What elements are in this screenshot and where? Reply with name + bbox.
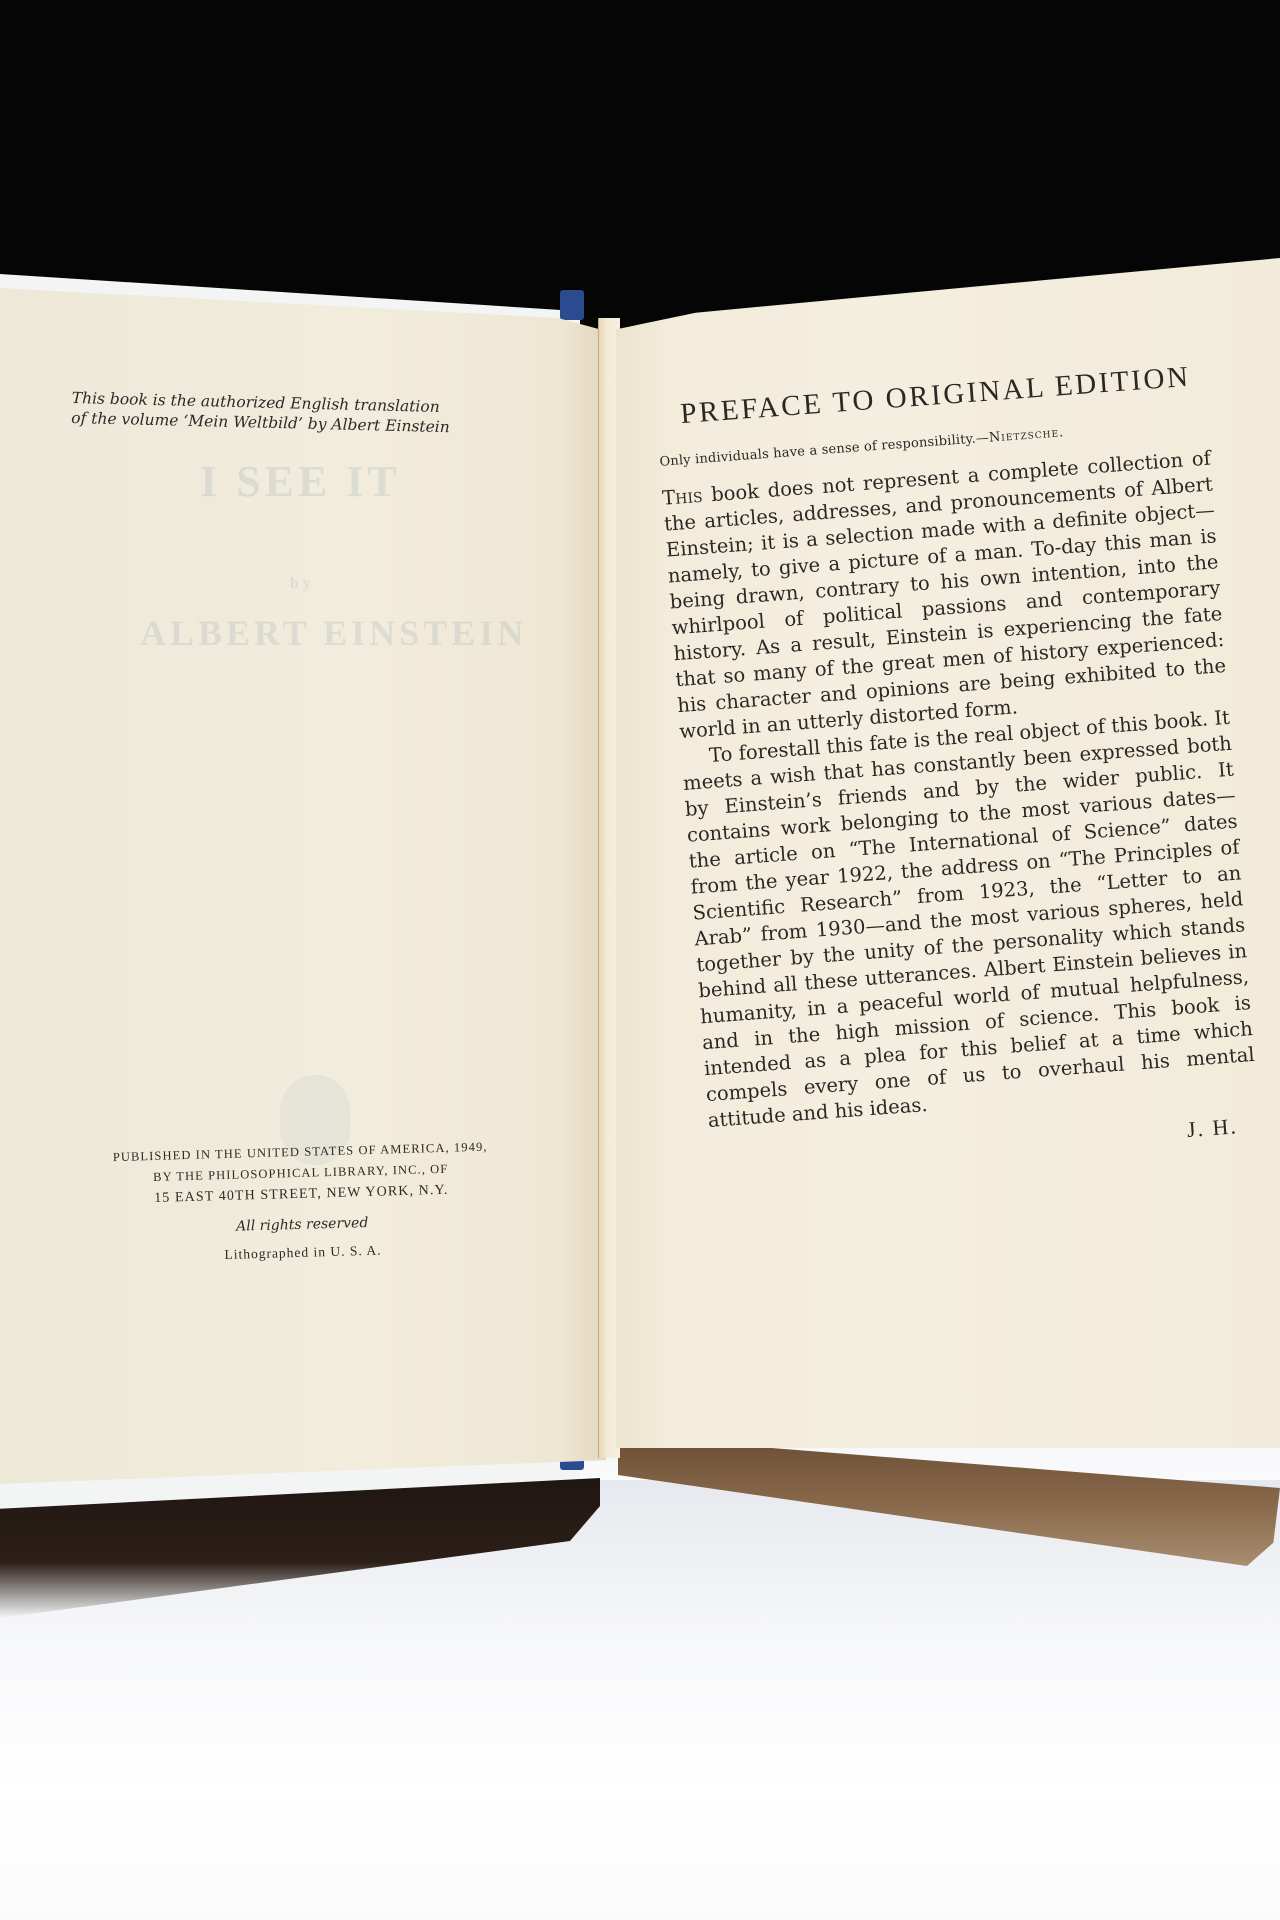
publisher-imprint: Published in the United States of Americ… (80, 1136, 523, 1267)
bleed-through-author: ALBERT EINSTEIN (140, 612, 527, 654)
bleed-through-by: by (290, 575, 315, 593)
preface-section: PREFACE TO ORIGINAL EDITION Only individ… (655, 360, 1261, 1178)
photo-scene: I SEE IT by ALBERT EINSTEIN This book is… (0, 0, 1280, 1920)
spine-cloth-top (560, 290, 584, 320)
paragraph: To forestall this fate is the real objec… (680, 705, 1257, 1134)
paragraph: This book does not represent a complete … (661, 445, 1229, 745)
paragraph-text: To forestall this fate is the real objec… (682, 706, 1255, 1132)
epigraph-author: Nietzsche. (988, 425, 1064, 445)
rights-reserved: All rights reserved (82, 1211, 522, 1239)
bleed-through-title: I SEE IT (200, 456, 401, 507)
paragraph-text: book does not represent a complete colle… (663, 446, 1227, 743)
paragraph-lead: This (661, 484, 703, 510)
preface-body: This book does not represent a complete … (661, 445, 1257, 1134)
epigraph-quote: Only individuals have a sense of respons… (659, 431, 989, 470)
